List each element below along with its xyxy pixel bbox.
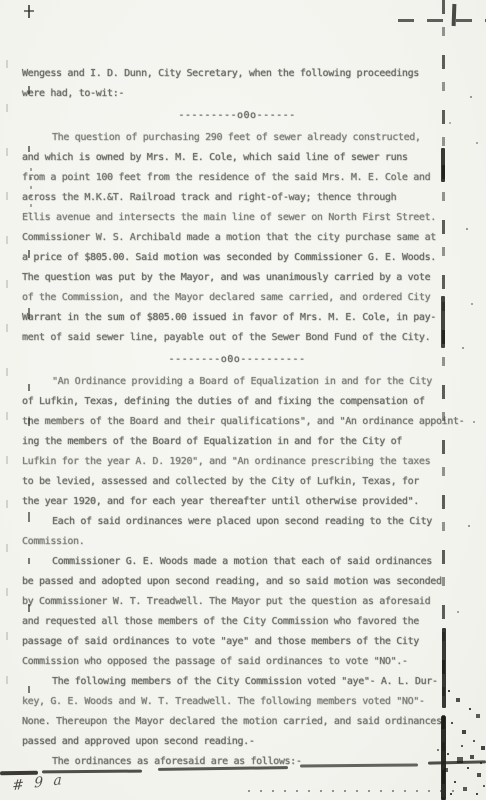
text-line: and requested all those members of the C… [22,612,452,632]
text-line: The question was put by the Mayor, and w… [22,268,452,288]
text-line: Warrant in the sum of $805.00 issued in … [22,308,452,328]
text-line: Commissioner G. E. Woods made a motion t… [22,552,452,572]
scan-dashes-top-right [398,19,486,22]
text-line: passed and approved upon second reading.… [22,732,452,752]
text-line: The ordinances as aforesaid are as follo… [22,752,452,772]
text-line: Each of said ordinances were placed upon… [22,512,452,532]
scanned-document-page: Wengess and I. D. Dunn, City Secretary, … [0,0,486,800]
section-divider: ---------o0o------ [22,104,452,128]
text-line: Wengess and I. D. Dunn, City Secretary, … [22,64,452,84]
text-line: the members of the Board and their quali… [22,412,452,432]
text-line: of Lufkin, Texas, defining the duties of… [22,392,452,412]
speckle-noise [0,0,2,2]
text-line: the year 1920, and for each year thereaf… [22,492,452,512]
text-line: key, G. E. Woods and W. T. Treadwell. Th… [22,692,452,712]
text-line: by Commissioner W. T. Treadwell. The May… [22,592,452,612]
dotted-trail [248,790,458,792]
text-line: across the M.K.&T. Railroad track and ri… [22,188,452,208]
text-line: to be levied, assessed and collected by … [22,472,452,492]
text-line: a price of $805.00. Said motion was seco… [22,248,452,268]
text-line: Ellis avenue and intersects the main lin… [22,208,452,228]
scan-blob-top-right [452,4,457,26]
text-line: The following members of the City Commis… [22,672,452,692]
text-line: Commission who opposed the passage of sa… [22,652,452,672]
text-line: be passed and adopted upon second readin… [22,572,452,592]
typed-text-block: Wengess and I. D. Dunn, City Secretary, … [22,64,452,772]
scan-mark-top-left [24,10,34,12]
text-line: of the Commission, and the Mayor declare… [22,288,452,308]
section-divider: --------o0o---------- [22,348,452,372]
scan-mark-top-left [28,5,30,18]
text-line: from a point 100 feet from the residence… [22,168,452,188]
text-line: The question of purchasing 290 feet of s… [22,128,452,148]
text-line: were had, to-wit:- [22,84,452,104]
text-line: Commissioner W. S. Archibald made a moti… [22,228,452,248]
text-line: Lufkin for the year A. D. 1920", and "An… [22,452,452,472]
text-line: ment of said sewer line, payable out of … [22,328,452,348]
text-line: None. Thereupon the Mayor declared the m… [22,712,452,732]
handwritten-annotation: # 9 a [12,772,65,795]
scan-edge-left-line [6,60,8,710]
text-line: and which is owned by Mrs. M. E. Cole, w… [22,148,452,168]
text-line: Commission. [22,532,452,552]
text-line: ing the members of the Board of Equaliza… [22,432,452,452]
text-line: "An Ordinance providing a Board of Equal… [22,372,452,392]
text-line: passage of said ordinances to vote "aye"… [22,632,452,652]
